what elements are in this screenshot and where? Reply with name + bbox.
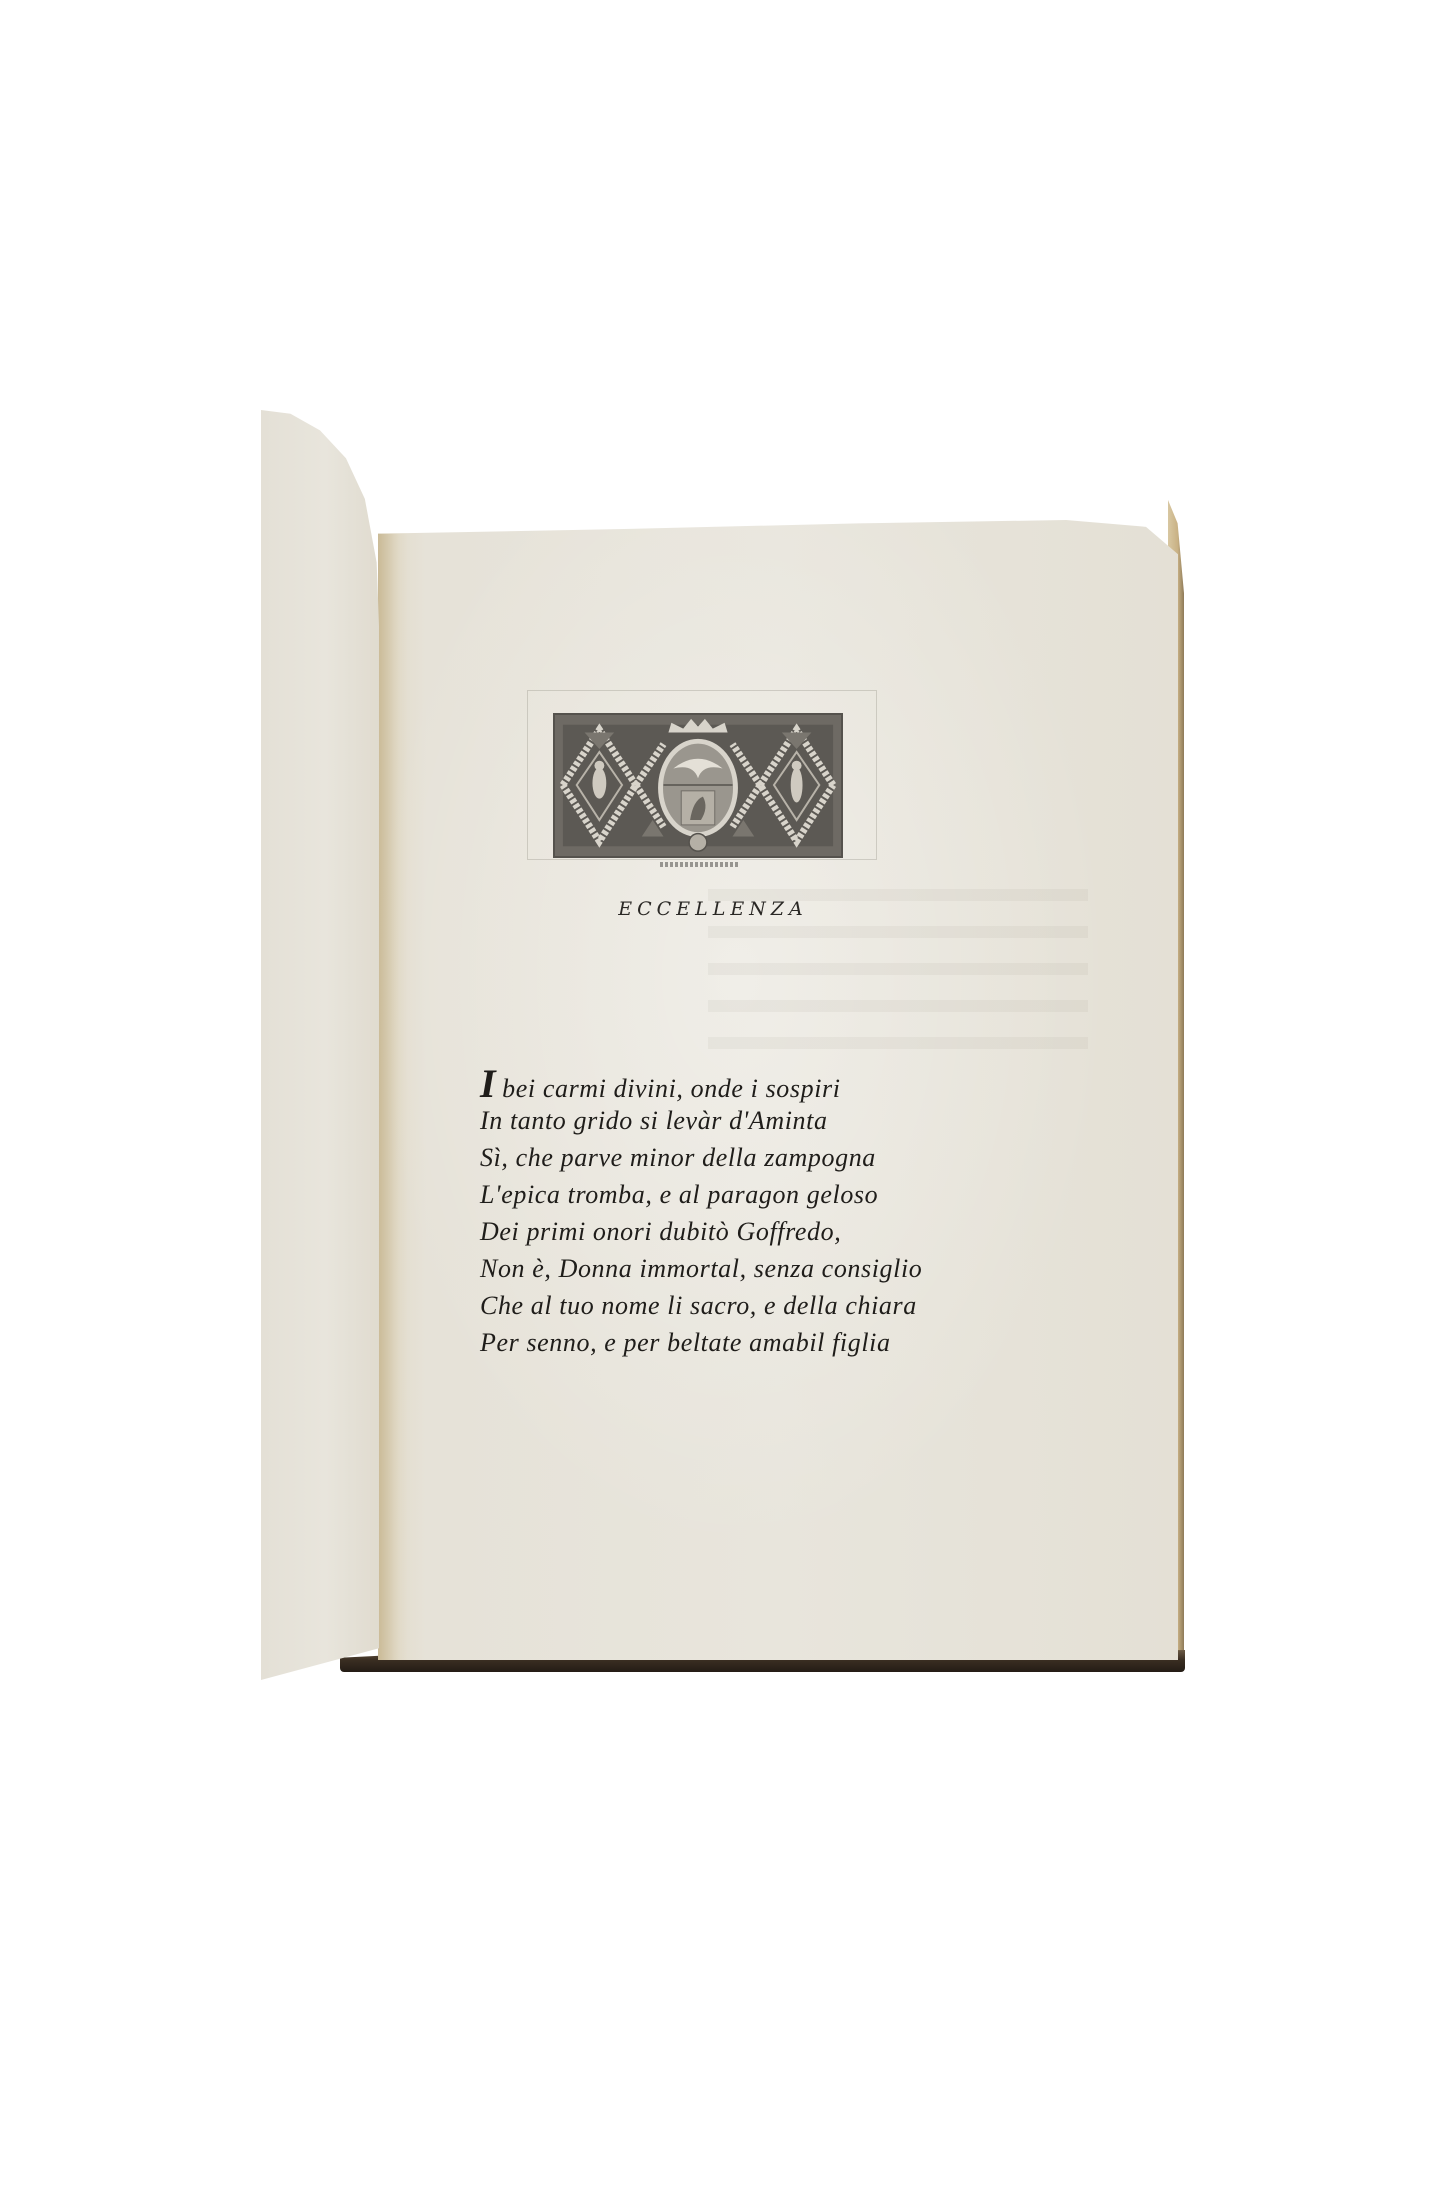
verse-line: Che al tuo nome li sacro, e della chiara (480, 1287, 1040, 1324)
verse-block: Ibei carmi divini, onde i sospiri In tan… (480, 1065, 1040, 1361)
verse-line: Per senno, e per beltate amabil figlia (480, 1324, 1040, 1361)
book-photo: ECCELLENZA Ibei carmi divini, onde i sos… (0, 0, 1445, 2206)
coat-of-arms-icon (555, 715, 841, 856)
verso-leaf (261, 410, 379, 1680)
verse-line: Non è, Donna immortal, senza consiglio (480, 1250, 1040, 1287)
verse-line: Dei primi onori dubitò Goffredo, (480, 1213, 1040, 1250)
verse-line: In tanto grido si levàr d'Aminta (480, 1102, 1040, 1139)
recto-page: ECCELLENZA Ibei carmi divini, onde i sos… (378, 520, 1178, 1660)
gutter-shadow (378, 520, 408, 1660)
dedication-title: ECCELLENZA (378, 898, 1048, 920)
headpiece-engraving (553, 713, 843, 858)
verse-line: L'epica tromba, e al paragon geloso (480, 1176, 1040, 1213)
drop-initial: I (480, 1061, 496, 1106)
verse-line: Sì, che parve minor della zampogna (480, 1139, 1040, 1176)
verse-line: Ibei carmi divini, onde i sospiri (480, 1065, 1040, 1102)
verse-text: bei carmi divini, onde i sospiri (502, 1074, 840, 1103)
engraver-caption (660, 862, 740, 867)
